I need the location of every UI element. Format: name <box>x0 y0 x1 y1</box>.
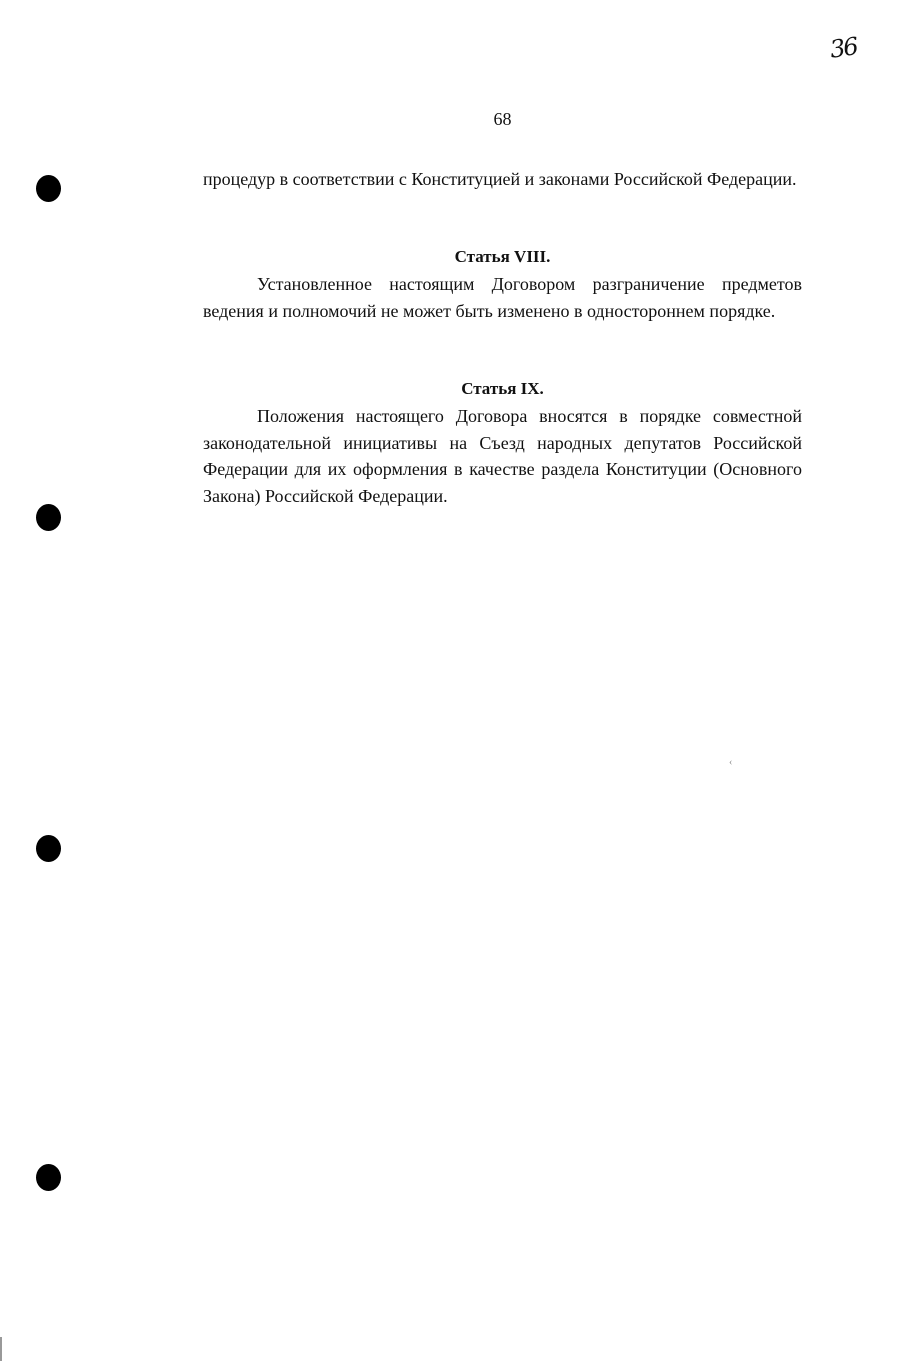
punch-hole <box>36 1164 61 1191</box>
continuation-paragraph: процедур в соответствии с Конституцией и… <box>203 166 802 193</box>
article-viii-body: Установленное настоящим Договором разгра… <box>203 271 802 324</box>
paragraph-text: Положения настоящего Договора вносятся в… <box>203 403 802 509</box>
paragraph-text: Установленное настоящим Договором разгра… <box>203 271 802 324</box>
archive-sheet-number: 36 <box>828 32 858 63</box>
article-ix-body: Положения настоящего Договора вносятся в… <box>203 403 802 509</box>
document-page: 36 68 процедур в соответствии с Конститу… <box>0 0 900 1365</box>
punch-hole <box>36 504 61 531</box>
punch-hole <box>36 175 61 202</box>
article-heading-viii: Статья VIII. <box>203 247 802 267</box>
page-number: 68 <box>0 109 900 130</box>
scan-edge-mark <box>0 1337 2 1361</box>
punch-hole <box>36 835 61 862</box>
paragraph-text: процедур в соответствии с Конституцией и… <box>203 166 802 193</box>
article-heading-ix: Статья IX. <box>203 379 802 399</box>
scan-speck: ‹ <box>729 757 732 768</box>
